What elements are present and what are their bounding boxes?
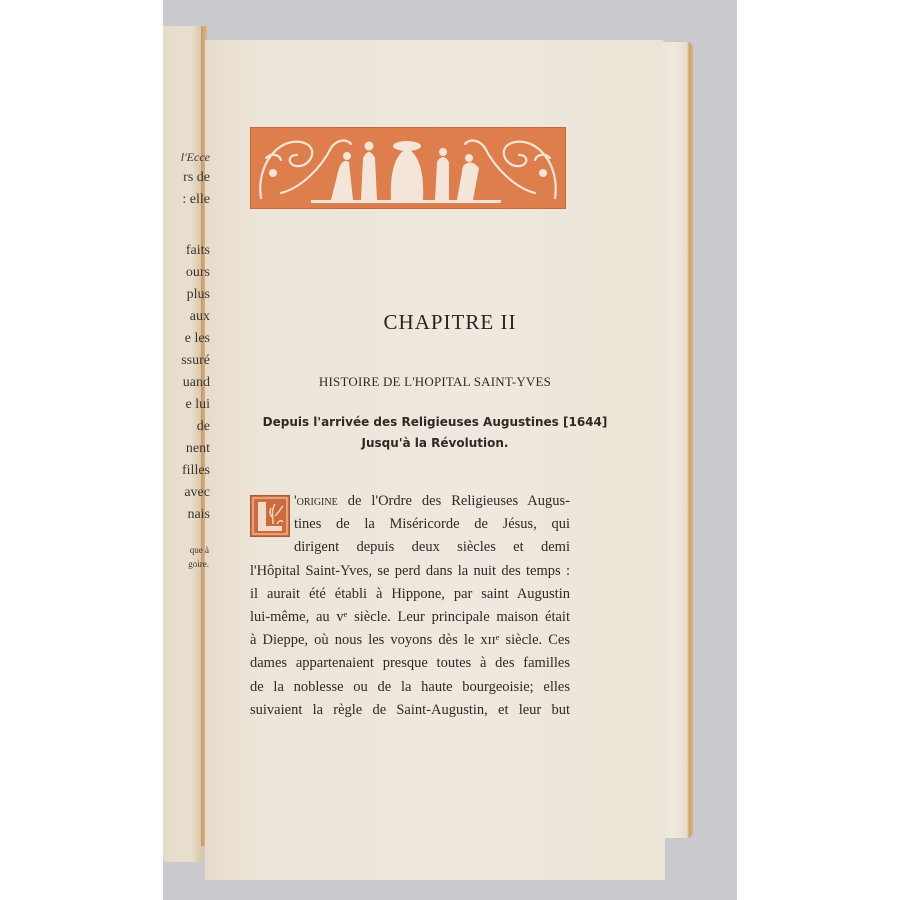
body-line: l'Hôpital Saint-Yves, se perd dans la nu… — [250, 560, 570, 583]
body-line: à Dieppe, où nous les voyons dès le xɪɪᵉ… — [250, 629, 570, 652]
left-fragment: uand — [150, 375, 210, 391]
left-fragment: plus — [150, 287, 210, 303]
first-word: 'origine — [294, 493, 338, 509]
left-fragment: ssuré — [150, 353, 210, 369]
chapter-dates: Depuis l'arrivée des Religieuses Augusti… — [250, 412, 620, 454]
page-stack-edge — [663, 42, 693, 838]
left-fragment: : elle — [150, 192, 210, 208]
left-fragment: rs de — [150, 170, 210, 186]
body-line: tines de la Miséricorde de Jésus, qui — [250, 513, 570, 536]
left-footnote: que à — [149, 545, 209, 555]
dates-line-2: Jusqu'à la Révolution. — [250, 433, 620, 454]
ornament-scroll-figures-icon — [251, 128, 565, 208]
body-line: dames appartenaient presque toutes à des… — [250, 652, 570, 675]
left-fragment: de — [150, 419, 210, 435]
left-fragment: e les — [150, 331, 210, 347]
left-fragment: avec — [150, 485, 210, 501]
body-line: il aurait été établi à Hippone, par sain… — [250, 583, 570, 606]
chapter-header-ornament — [250, 127, 566, 209]
body-line: lui-même, au vᵉ siècle. Leur principale … — [250, 606, 570, 629]
chapter-subtitle: HISTOIRE DE L'HOPITAL SAINT-YVES — [250, 374, 620, 390]
left-fragment: l'Ecce — [150, 150, 210, 165]
left-fragment: filles — [150, 463, 210, 479]
left-fragment: e lui — [150, 397, 210, 413]
body-line: de la noblesse ou de la haute bourgeoisi… — [250, 676, 570, 699]
body-line: 'origine de l'Ordre des Religieuses Augu… — [250, 490, 570, 513]
dates-line-1: Depuis l'arrivée des Religieuses Augusti… — [250, 412, 620, 433]
left-fragment: ours — [150, 265, 210, 281]
left-fragment: nent — [150, 441, 210, 457]
body-line: suivaient la règle de Saint-Augustin, et… — [250, 699, 570, 722]
left-fragment: nais — [150, 507, 210, 523]
left-fragment: faits — [150, 243, 210, 259]
left-fragment: aux — [150, 309, 210, 325]
body-line: dirigent depuis deux siècles et demi — [250, 536, 570, 559]
left-footnote: goire. — [149, 559, 209, 569]
body-paragraph: 'origine de l'Ordre des Religieuses Augu… — [250, 490, 570, 722]
chapter-title: CHAPITRE II — [270, 310, 630, 335]
